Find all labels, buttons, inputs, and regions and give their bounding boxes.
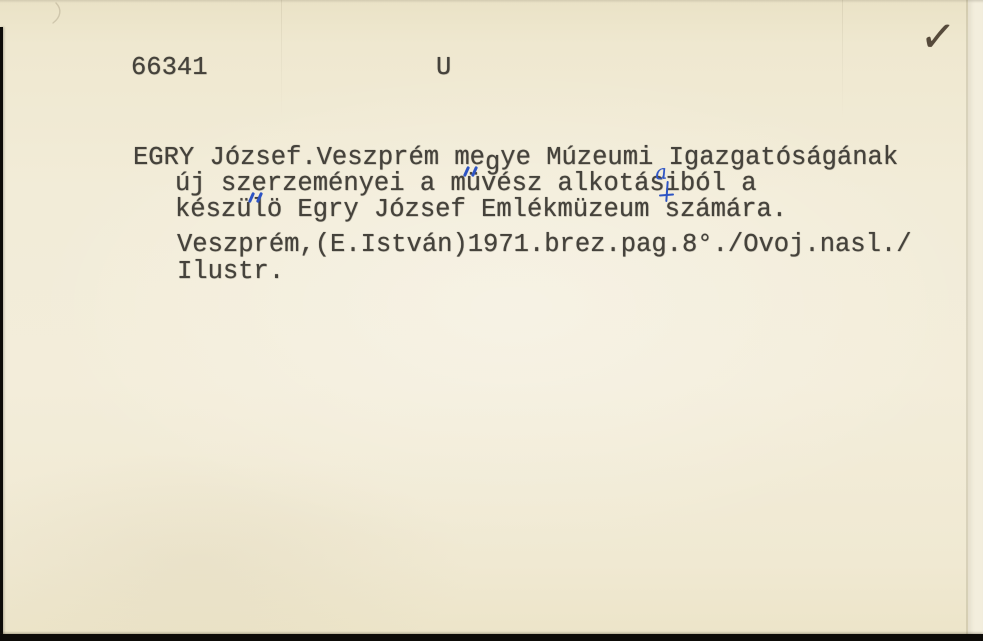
imprint-line-2: Ilustr. — [177, 259, 284, 285]
classification-letter: U — [436, 55, 451, 81]
imprint-line-1: Veszprém,(E.István)1971.brez.pag.8°./Ovo… — [177, 232, 912, 258]
entry-line-1-text: EGRY József.Veszprém me — [133, 143, 485, 172]
scan-edge-top — [0, 0, 983, 3]
scanned-catalog-card: 66341 U EGRY József.Veszprém megye Múzeu… — [0, 0, 983, 641]
entry-line-1: EGRY József.Veszprém megye Múzeumi Igazg… — [133, 145, 898, 171]
scan-edge-left — [0, 27, 3, 641]
call-number: 66341 — [131, 55, 208, 81]
paper-crease — [281, 0, 282, 120]
insertion-caret-icon — [658, 181, 674, 203]
catalog-card-paper: 66341 U EGRY József.Veszprém megye Múzeu… — [0, 0, 983, 641]
pencil-checkmark-icon: ✓ — [918, 12, 957, 61]
paper-crease — [842, 0, 843, 120]
entry-line-3: készülö Egry József Emlékmüzeum számára. — [175, 197, 787, 223]
entry-line-1-text-cont: ye Múzeumi Igazgatóságának — [500, 143, 898, 172]
double-acute-annotation-icon — [461, 166, 481, 179]
scan-margin-right — [968, 0, 983, 641]
faint-pencil-mark — [46, 1, 76, 27]
scan-edge-bottom — [0, 634, 983, 641]
double-acute-annotation-icon — [246, 192, 266, 205]
